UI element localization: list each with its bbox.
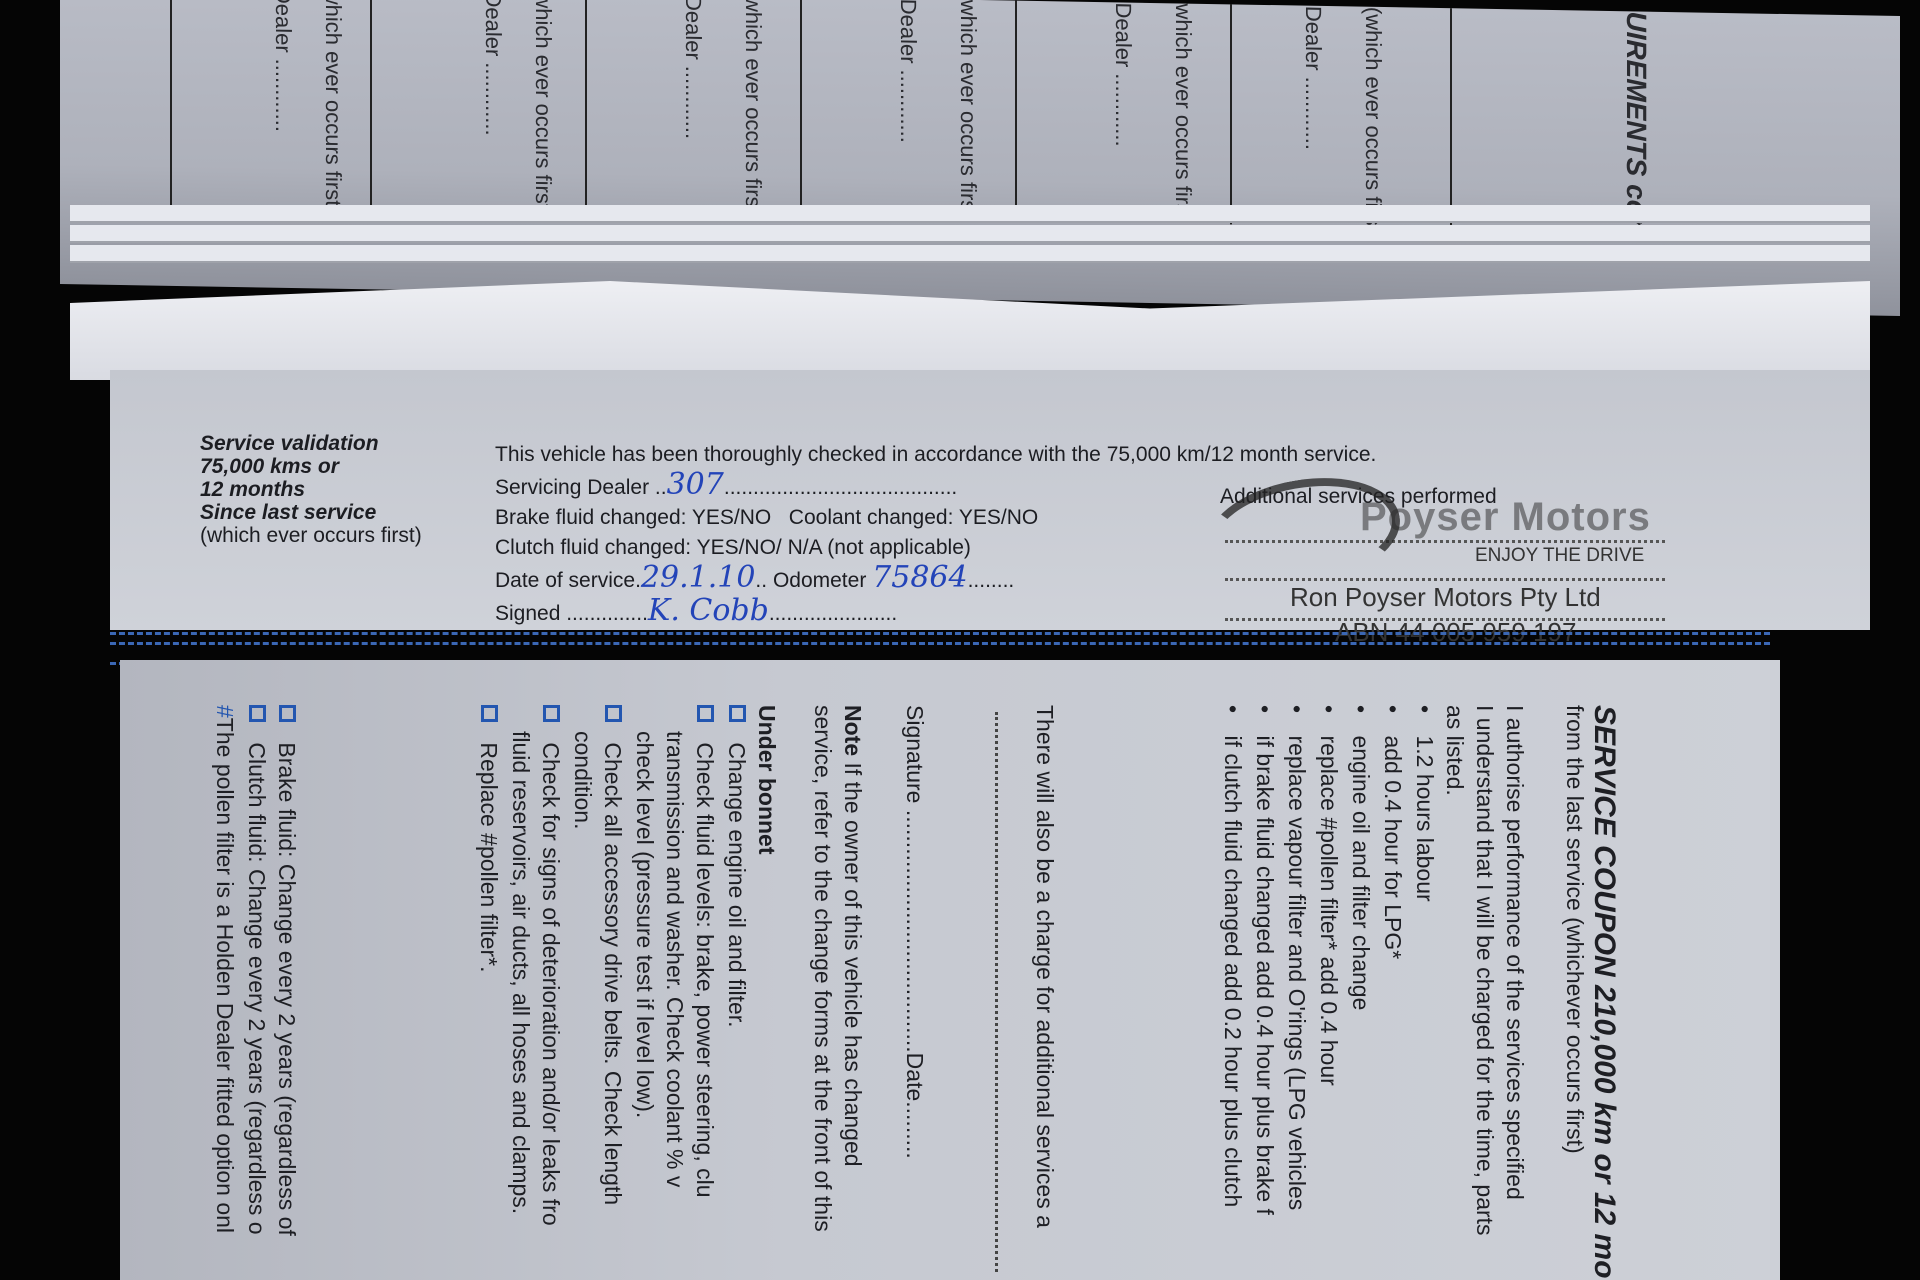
page-edge: [70, 245, 1870, 263]
servicing-dealer-label: Servicing Dealer: [495, 476, 649, 499]
page-edge: [70, 205, 1870, 223]
heading-note: (which ever occurs first): [200, 524, 422, 547]
odometer-field[interactable]: 75864: [872, 560, 967, 595]
column-rule: [1015, 1, 1017, 221]
stamp-tagline: ENJOY THE DRIVE: [1475, 545, 1644, 567]
checkbox-icon[interactable]: [697, 705, 714, 722]
checkbox-icon[interactable]: [729, 705, 746, 722]
statement: This vehicle has been thoroughly checked…: [495, 440, 1376, 470]
additional-charge-note: There will also be a charge for addition…: [1030, 705, 1059, 1228]
page-strip-text: Dealer ............: [895, 0, 921, 229]
validation-heading: Service validation 75,000 kms or 12 mont…: [200, 432, 422, 547]
note-label: Note: [840, 705, 866, 756]
heading-line: 75,000 kms or: [200, 455, 422, 478]
heading-line: Since last service: [200, 501, 422, 524]
footer-check: Brake fluid: Change every 2 years (regar…: [272, 705, 301, 1236]
authorise-line: as listed.: [1440, 705, 1469, 796]
checkbox-icon[interactable]: [481, 705, 498, 722]
authorise-line: I understand that I will be charged for …: [1470, 705, 1499, 1236]
signature-field[interactable]: K. Cobb: [648, 593, 769, 628]
checklist-item: Check for signs of deterioration and/or …: [536, 705, 565, 1226]
charge-item: • replace #pollen filter* add 0.4 hour: [1314, 705, 1343, 1086]
stamp-dealer-name: Poyser Motors: [1360, 495, 1651, 540]
back-pages: Dealer ............ which ever occurs fi…: [60, 0, 1900, 316]
page-strip-text: Dealer ............: [270, 0, 296, 218]
stamp-company: Ron Poyser Motors Pty Ltd: [1290, 582, 1601, 613]
footer-check: Clutch fluid: Change every 2 years (rega…: [242, 705, 271, 1235]
column-rule: [1450, 8, 1452, 228]
checklist-item: Check fluid levels: brake, power steerin…: [690, 705, 719, 1198]
signed-label: Signed: [495, 602, 560, 625]
servicing-dealer-field[interactable]: 307: [667, 467, 724, 502]
additional-services-line[interactable]: [995, 712, 998, 1272]
coupon-title: SERVICE COUPON 210,000 km or 12 mo: [1590, 705, 1619, 1279]
coupon-subtitle: from the last service (whichever occurs …: [1560, 705, 1589, 1154]
heading-line: 12 months: [200, 478, 422, 501]
brake-fluid-field[interactable]: Brake fluid changed: YES/NO: [495, 506, 771, 529]
charge-item: • if brake fluid changed add 0.4 hour pl…: [1250, 705, 1279, 1215]
checkbox-icon[interactable]: [279, 705, 296, 722]
footnote: #The pollen filter is a Holden Dealer fi…: [210, 705, 239, 1233]
note-text: If the owner of this vehicle has changed: [840, 756, 866, 1166]
page-strip-text: Dealer ............: [480, 0, 506, 222]
authorise-line: I authorise performance of the services …: [1500, 705, 1529, 1200]
date-field[interactable]: 29.1.10: [641, 560, 756, 595]
heading-line: Service validation: [200, 432, 422, 455]
perforation-line[interactable]: [110, 642, 1770, 645]
note-text: service, refer to the change forms at th…: [808, 705, 837, 1232]
signature-date-line[interactable]: Signature ..............................…: [900, 705, 929, 1159]
checklist-item-continued: condition.: [568, 705, 597, 829]
checklist-item: Change engine oil and filter.: [722, 705, 751, 1028]
checklist-item-continued: transmission and washer. Check coolant %…: [660, 705, 689, 1187]
charge-item: • if clutch fluid changed add 0.2 hour p…: [1218, 705, 1247, 1207]
column-rule: [585, 0, 587, 213]
page-strip-text: Dealer ............: [680, 0, 706, 225]
page-strip-text: which ever occurs first: [320, 0, 346, 219]
column-rule: [800, 0, 802, 217]
perforation-line[interactable]: [110, 632, 1770, 635]
checkbox-icon[interactable]: [543, 705, 560, 722]
section-heading: Under bonnet: [752, 705, 781, 855]
charge-item: • 1.2 hours labour: [1410, 705, 1439, 902]
charge-item: • engine oil and filter change: [1346, 705, 1375, 1010]
column-rule: [1230, 4, 1232, 224]
column-rule: [170, 0, 172, 206]
checklist-item-continued: check level (pressure test if level low)…: [630, 705, 659, 1118]
column-rule: [370, 0, 372, 209]
charge-item: • add 0.4 hour for LPG*: [1378, 705, 1407, 959]
coolant-field[interactable]: Coolant changed: YES/NO: [789, 506, 1038, 529]
page-strip-text: which ever occurs first: [1170, 3, 1196, 233]
page-strip-text: (which ever occurs first: [1360, 7, 1386, 237]
checklist-item-continued: fluid reservoirs, air ducts, all hoses a…: [506, 705, 535, 1214]
page-strip-text: which ever occurs first: [955, 0, 981, 230]
page-strip-text: Dealer ............: [1110, 2, 1136, 232]
checklist-item: Replace #pollen filter*.: [474, 705, 503, 973]
checkbox-icon[interactable]: [249, 705, 266, 722]
checklist-item: Check all accessory drive belts. Check l…: [598, 705, 627, 1205]
odometer-label: Odometer: [773, 569, 866, 592]
checkbox-icon[interactable]: [605, 705, 622, 722]
page-strip-text: which ever occurs first: [530, 0, 556, 223]
page-strip-text: which ever occurs first: [740, 0, 766, 226]
page-edge: [70, 225, 1870, 243]
service-coupon-page: [120, 660, 1780, 1280]
page-strip-text: Dealer ............: [1300, 6, 1326, 236]
charge-item: • replace vapour filter and O'rings (LPG…: [1282, 705, 1311, 1210]
date-label: Date of service: [495, 569, 635, 592]
